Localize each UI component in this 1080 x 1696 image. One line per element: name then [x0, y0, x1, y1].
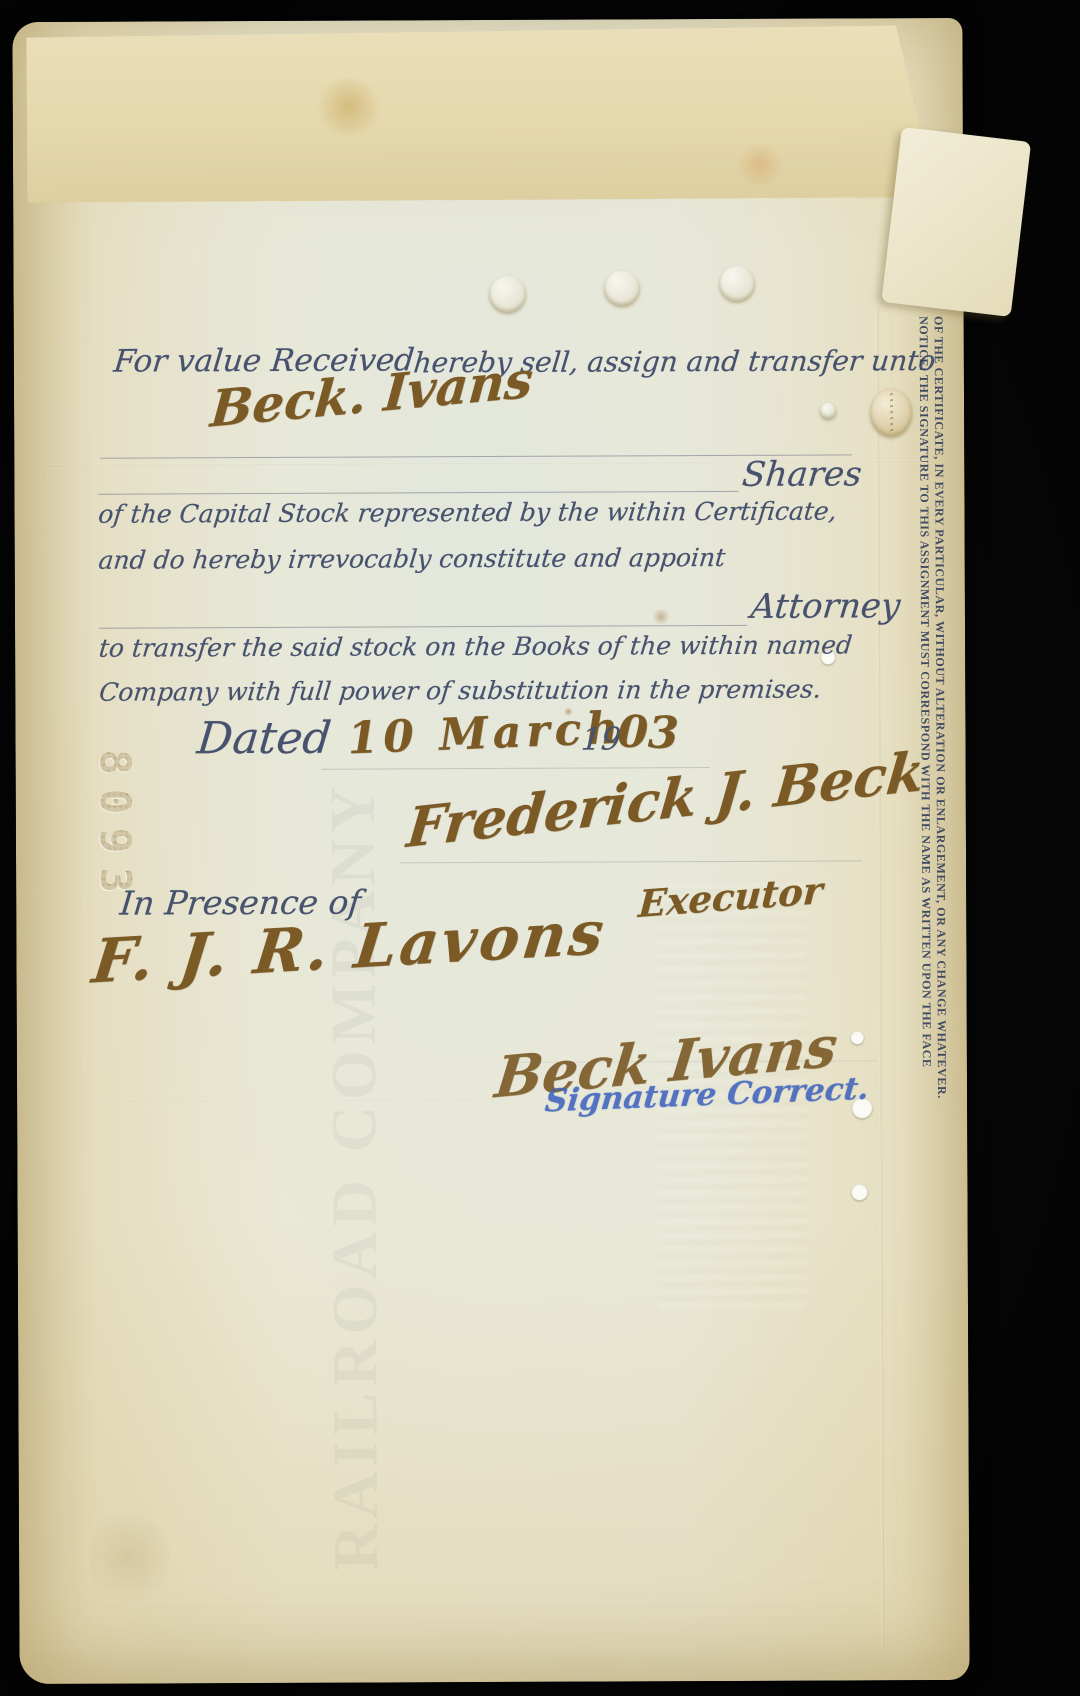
- transfer-line1: to transfer the said stock on the Books …: [98, 630, 854, 662]
- punch-hole-3: [719, 266, 754, 301]
- ruled-line-assignee: [100, 454, 852, 458]
- photo-background: RAILROAD COMPANY 8093 For value Received…: [0, 0, 1080, 1696]
- capital-stock-line: of the Capital Stock represented by the …: [97, 496, 838, 528]
- punch-hole-2: [604, 270, 639, 305]
- embossed-seal: [870, 388, 912, 436]
- shares-label: Shares: [740, 454, 863, 495]
- pin-hole-1: [820, 402, 836, 418]
- stain-bottom-left: [89, 1501, 169, 1611]
- vertical-crease: [876, 308, 885, 1648]
- dated-label: Dated: [195, 713, 334, 765]
- stain-flap: [735, 143, 785, 187]
- ruled-line-signature: [400, 860, 862, 863]
- ruled-line-shares: [98, 491, 738, 495]
- date-year-handwritten: 03: [617, 706, 680, 759]
- folded-flap: [26, 25, 919, 202]
- pin-hole-5: [851, 1184, 867, 1200]
- certificate-paper: RAILROAD COMPANY 8093 For value Received…: [12, 18, 969, 1684]
- margin-notice: NOTICE: THE SIGNATURE TO THIS ASSIGNMENT…: [916, 316, 949, 1064]
- ruled-line-attorney: [99, 625, 747, 629]
- punch-hole-1: [489, 276, 525, 312]
- appoint-line: and do hereby irrevocably constitute and…: [97, 543, 726, 575]
- margin-notice-line2: OF THE CERTIFICATE, IN EVERY PARTICULAR,…: [931, 316, 949, 1064]
- pin-hole-3: [851, 1031, 864, 1044]
- stain-top: [313, 78, 385, 134]
- stain-small: [651, 609, 671, 624]
- folded-corner: [881, 127, 1031, 317]
- transfer-line2: Company with full power of substitution …: [98, 675, 823, 707]
- bleedthrough-ghost-text: RAILROAD COMPANY: [316, 950, 393, 1570]
- attorney-label: Attorney: [749, 586, 902, 627]
